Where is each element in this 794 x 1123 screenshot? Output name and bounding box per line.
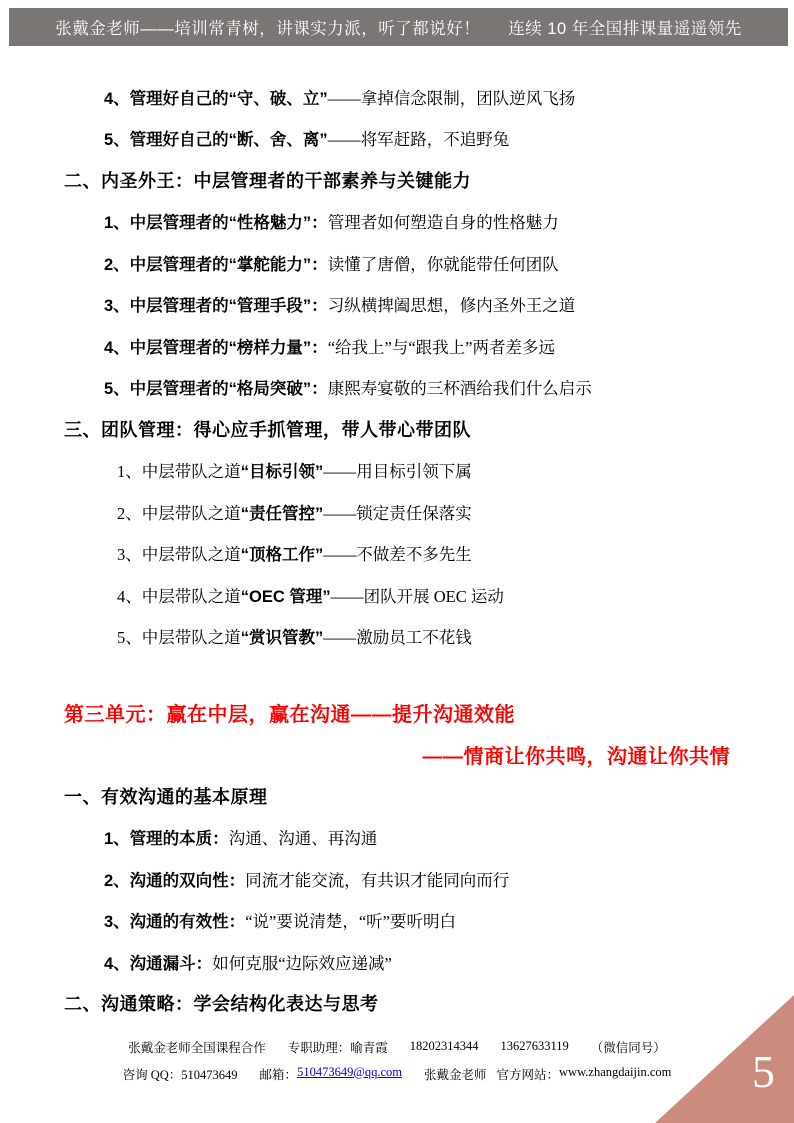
page-footer: 张戴金老师全国课程合作 专职助理：喻青霞 18202314344 1362763… (0, 1033, 794, 1087)
item-lead: 2、沟通的双向性： (104, 867, 245, 891)
item-bold: “顶格工作” (241, 541, 324, 565)
item-bold: “OEC 管理” (241, 583, 331, 607)
item-rest: 沟通、沟通、再沟通 (229, 825, 378, 849)
outline-item: 5、中层管理者的“格局突破”：康熙寿宴敬的三杯酒给我们什么启示 (64, 367, 730, 409)
page-number: 5 (752, 1049, 775, 1095)
outline-item: 4、中层带队之道 “OEC 管理” ——团队开展 OEC 运动 (64, 574, 730, 616)
footer-cooperation: 张戴金老师全国课程合作 (128, 1038, 266, 1056)
item-rest: ——将军赶路，不追野兔 (328, 126, 510, 150)
item-rest: ——锁定责任保落实 (323, 500, 472, 524)
item-rest: “说”要说清楚，“听”要听明白 (245, 908, 456, 932)
item-rest: ——不做差不多先生 (323, 541, 472, 565)
item-rest: ——用目标引领下属 (323, 458, 472, 482)
footer-email-label: 邮箱： (260, 1065, 298, 1083)
item-rest: ——激励员工不花钱 (323, 624, 472, 648)
email-link[interactable]: 510473649@qq.com (297, 1065, 402, 1083)
footer-website-group: 张戴金老师官方网站：www.zhangdaijin.com (424, 1065, 671, 1083)
item-rest: 管理者如何塑造自身的性格魅力 (328, 209, 559, 233)
header-tagline: 连续 10 年全国排课量遥遥领先 (508, 15, 742, 39)
section-heading-communication-strategy: 二、沟通策略：学会结构化表达与思考 (64, 983, 730, 1025)
outline-item: 3、中层带队之道 “顶格工作” ——不做差不多先生 (64, 533, 730, 575)
outline-item: 4、管理好自己的“守、破、立”——拿掉信念限制，团队逆风飞扬 (64, 76, 730, 118)
item-pre: 4、中层带队之道 (117, 583, 241, 607)
item-lead: 4、沟通漏斗： (104, 950, 212, 974)
footer-phone-2: 13627633119 (500, 1039, 568, 1054)
footer-qq: 咨询 QQ：510473649 (123, 1065, 238, 1083)
footer-line-2: 咨询 QQ：510473649 邮箱：510473649@qq.com 张戴金老… (0, 1060, 794, 1087)
outline-item: 1、中层带队之道 “目标引领” ——用目标引领下属 (64, 450, 730, 492)
footer-website-label: 官方网站： (497, 1065, 560, 1083)
section-heading-team: 三、团队管理：得心应手抓管理，带人带心带团队 (64, 408, 730, 450)
item-lead: 4、中层管理者的“榜样力量”： (104, 334, 328, 358)
outline-item: 2、中层管理者的“掌舵能力”：读懂了唐僧，你就能带任何团队 (64, 242, 730, 284)
footer-phone-1: 18202314344 (410, 1039, 479, 1054)
item-bold: “目标引领” (241, 458, 324, 482)
item-rest: 习纵横捭阖思想，修内圣外王之道 (328, 292, 576, 316)
item-lead: 3、中层管理者的“管理手段”： (104, 292, 328, 316)
outline-item: 2、中层带队之道 “责任管控” ——锁定责任保落实 (64, 491, 730, 533)
item-pre: 1、中层带队之道 (117, 458, 241, 482)
outline-item: 5、管理好自己的“断、舍、离”——将军赶路，不追野兔 (64, 118, 730, 160)
outline-item: 3、中层管理者的“管理手段”：习纵横捭阖思想，修内圣外王之道 (64, 284, 730, 326)
item-rest: 如何克服“边际效应递减” (212, 950, 392, 974)
item-rest: ——团队开展 OEC 运动 (331, 583, 504, 607)
outline-item: 1、中层管理者的“性格魅力”：管理者如何塑造自身的性格魅力 (64, 201, 730, 243)
outline-item: 4、中层管理者的“榜样力量”：“给我上”与“跟我上”两者差多远 (64, 325, 730, 367)
footer-line-1: 张戴金老师全国课程合作 专职助理：喻青霞 18202314344 1362763… (0, 1033, 794, 1060)
footer-wechat-note: （微信同号） (591, 1038, 666, 1056)
item-lead: 5、中层管理者的“格局突破”： (104, 375, 328, 399)
course-outline: 4、管理好自己的“守、破、立”——拿掉信念限制，团队逆风飞扬 5、管理好自己的“… (64, 76, 730, 1024)
unit-subtitle: ——情商让你共鸣，沟通让你共情 (64, 734, 730, 776)
item-pre: 3、中层带队之道 (117, 541, 241, 565)
item-lead: 3、沟通的有效性： (104, 908, 245, 932)
item-bold: “责任管控” (241, 500, 324, 524)
item-rest: 同流才能交流，有共识才能同向而行 (245, 867, 509, 891)
footer-email-group: 邮箱：510473649@qq.com (260, 1065, 402, 1083)
item-lead: 4、管理好自己的“守、破、立” (104, 85, 328, 109)
footer-teacher-name: 张戴金老师 (424, 1065, 487, 1083)
item-pre: 5、中层带队之道 (117, 624, 241, 648)
item-rest: 康熙寿宴敬的三杯酒给我们什么启示 (328, 375, 592, 399)
item-rest: “给我上”与“跟我上”两者差多远 (328, 334, 555, 358)
unit-title: 第三单元：赢在中层，赢在沟通——提升沟通效能 (64, 692, 730, 734)
footer-website-url: www.zhangdaijin.com (559, 1065, 671, 1083)
item-lead: 5、管理好自己的“断、舍、离” (104, 126, 328, 150)
outline-item: 5、中层带队之道 “赏识管教” ——激励员工不花钱 (64, 616, 730, 658)
item-pre: 2、中层带队之道 (117, 500, 241, 524)
item-bold: “赏识管教” (241, 624, 324, 648)
item-lead: 2、中层管理者的“掌舵能力”： (104, 251, 328, 275)
footer-assistant: 专职助理：喻青霞 (288, 1038, 388, 1056)
outline-item: 3、沟通的有效性： “说”要说清楚，“听”要听明白 (64, 900, 730, 942)
item-rest: ——拿掉信念限制，团队逆风飞扬 (328, 85, 576, 109)
document-page: 张戴金老师——培训常青树，讲课实力派，听了都说好！ 连续 10 年全国排课量遥遥… (0, 0, 794, 1123)
header-slogan: 张戴金老师——培训常青树，讲课实力派，听了都说好！ (55, 15, 480, 39)
outline-item: 2、沟通的双向性：同流才能交流，有共识才能同向而行 (64, 858, 730, 900)
section-heading-cadre: 二、内圣外王：中层管理者的干部素养与关键能力 (64, 159, 730, 201)
outline-item: 1、管理的本质：沟通、沟通、再沟通 (64, 817, 730, 859)
outline-item: 4、沟通漏斗：如何克服“边际效应递减” (64, 941, 730, 983)
item-lead: 1、管理的本质： (104, 825, 229, 849)
page-header-banner: 张戴金老师——培训常青树，讲课实力派，听了都说好！ 连续 10 年全国排课量遥遥… (9, 8, 788, 46)
item-rest: 读懂了唐僧，你就能带任何团队 (328, 251, 559, 275)
section-heading-communication-principles: 一、有效沟通的基本原理 (64, 775, 730, 817)
item-lead: 1、中层管理者的“性格魅力”： (104, 209, 328, 233)
